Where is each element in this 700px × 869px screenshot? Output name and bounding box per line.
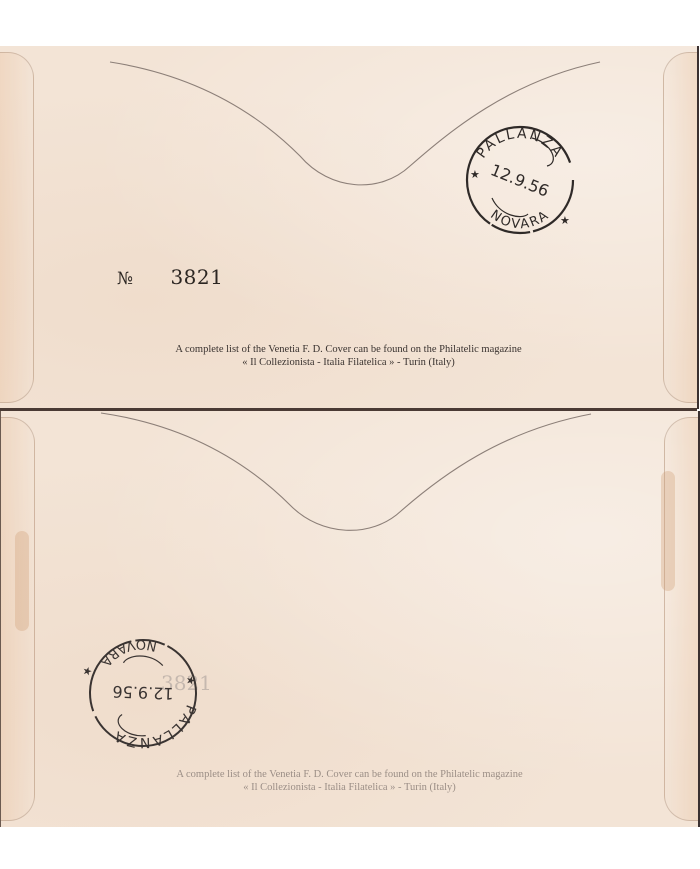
caption-line-1: A complete list of the Venetia F. D. Cov…: [1, 768, 698, 781]
svg-text:PALLANZA: PALLANZA: [107, 698, 207, 754]
serial-value: 3821: [170, 265, 223, 289]
svg-text:★: ★: [80, 663, 94, 679]
svg-text:★: ★: [560, 214, 570, 227]
postmark-date: 12.9.56: [488, 160, 552, 200]
stain: [15, 531, 29, 631]
caption: A complete list of the Venetia F. D. Cov…: [0, 343, 697, 369]
stain: [661, 471, 675, 591]
svg-text:★: ★: [470, 168, 480, 181]
svg-text:PALLANZA: PALLANZA: [474, 126, 567, 162]
svg-text:NOVARA: NOVARA: [92, 632, 162, 673]
numero-sign: №: [117, 269, 134, 289]
caption-line-2: « Il Collezionista - Italia Filatelica »…: [1, 781, 698, 794]
caption: A complete list of the Venetia F. D. Cov…: [1, 768, 698, 794]
postmark-date: 12.9.56: [112, 682, 174, 703]
postmark-pallanza: PALLANZA NOVARA ★ ★ 12.9.56: [462, 118, 578, 240]
envelope-back-top: № 3821 A complete list of the Venetia F.…: [0, 46, 699, 409]
caption-line-1: A complete list of the Venetia F. D. Cov…: [0, 343, 697, 356]
caption-line-2: « Il Collezionista - Italia Filatelica »…: [0, 356, 697, 369]
serial-number: № 3821: [117, 265, 223, 289]
svg-text:★: ★: [184, 673, 198, 689]
envelope-back-bottom: A complete list of the Venetia F. D. Cov…: [0, 411, 700, 827]
envelope-flap-outline: [1, 411, 698, 827]
postmark-pallanza-inverted: PALLANZA NOVARA ★ ★ 12.9.56: [79, 632, 207, 754]
